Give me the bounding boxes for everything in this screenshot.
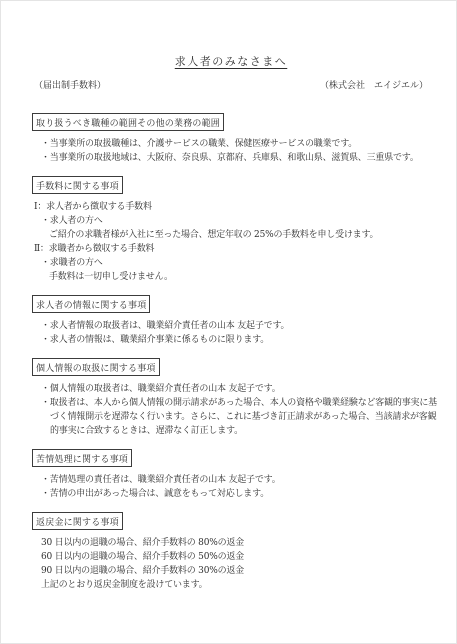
text-line: ・取扱者は、本人から個人情報の開示請求があった場合、本人の資格や職業経験など客観… xyxy=(34,396,442,438)
section: 苦情処理に関する事項・苦情処理の責任者は、職業紹介責任者の山本 友起子です。・苦… xyxy=(34,447,442,501)
note-fee-system: （届出制手数料） xyxy=(34,78,106,91)
text-line: ・苦情の申出があった場合は、誠意をもって対応します。 xyxy=(34,487,442,501)
text-line: Ⅰ：求人者から徴収する手数料 xyxy=(34,200,442,214)
section-heading: 求人者の情報に関する事項 xyxy=(32,295,150,313)
text-line: 60 日以内の退職の場合、紹介手数料の 50%の返金 xyxy=(34,550,442,564)
page-title-text: 求人者のみなさまへ xyxy=(175,55,288,68)
text-line: ・求職者の方へ xyxy=(34,256,442,270)
text-line: 90 日以内の退職の場合、紹介手数料の 30%の返金 xyxy=(34,564,442,578)
text-line: 30 日以内の退職の場合、紹介手数料の 80%の返金 xyxy=(34,536,442,550)
page-title: 求人者のみなさまへ xyxy=(34,53,428,69)
text-line: 手数料は一切申し受けません。 xyxy=(34,270,442,284)
text-line: ご紹介の求職者様が入社に至った場合、想定年収の 25%の手数料を申し受けます。 xyxy=(34,228,442,242)
text-line: ・個人情報の取扱者は、職業紹介責任者の山本 友起子です。 xyxy=(34,382,442,396)
section: 取り扱うべき職種の範囲その他の業務の範囲・当事業所の取扱職種は、介護サービスの職… xyxy=(34,111,442,165)
text-line: ・苦情処理の責任者は、職業紹介責任者の山本 友起子です。 xyxy=(34,473,442,487)
text-line: Ⅱ：求職者から徴収する手数料 xyxy=(34,242,442,256)
document-sections: 取り扱うべき職種の範囲その他の業務の範囲・当事業所の取扱職種は、介護サービスの職… xyxy=(34,111,442,592)
section: 手数料に関する事項Ⅰ：求人者から徴収する手数料・求人者の方へご紹介の求職者様が入… xyxy=(34,174,442,284)
section: 求人者の情報に関する事項・求人者情報の取扱者は、職業紹介責任者の山本 友起子です… xyxy=(34,293,442,347)
section-heading: 取り扱うべき職種の範囲その他の業務の範囲 xyxy=(32,113,224,131)
section: 返戻金に関する事項30 日以内の退職の場合、紹介手数料の 80%の返金60 日以… xyxy=(34,510,442,592)
section-heading: 手数料に関する事項 xyxy=(32,176,123,194)
section: 個人情報の取扱に関する事項・個人情報の取扱者は、職業紹介責任者の山本 友起子です… xyxy=(34,356,442,438)
text-line: ・求人者の方へ xyxy=(34,214,442,228)
note-company-name: （株式会社 エイジエル） xyxy=(320,78,428,91)
text-line: ・求人者情報の取扱者は、職業紹介責任者の山本 友起子です。 xyxy=(34,319,442,333)
subheader-row: （届出制手数料） （株式会社 エイジエル） xyxy=(34,78,428,91)
document-page: 求人者のみなさまへ （届出制手数料） （株式会社 エイジエル） 取り扱うべき職種… xyxy=(0,0,457,644)
section-heading: 返戻金に関する事項 xyxy=(32,512,123,530)
text-line: ・当事業所の取扱地域は、大阪府、奈良県、京都府、兵庫県、和歌山県、滋賀県、三重県… xyxy=(34,151,442,165)
section-heading: 苦情処理に関する事項 xyxy=(32,449,132,467)
section-heading: 個人情報の取扱に関する事項 xyxy=(32,358,160,376)
text-line: 上記のとおり返戻金制度を設けています。 xyxy=(34,578,442,592)
text-line: ・求人者の情報は、職業紹介事業に係るものに限ります。 xyxy=(34,333,442,347)
text-line: ・当事業所の取扱職種は、介護サービスの職業、保健医療サービスの職業です。 xyxy=(34,137,442,151)
